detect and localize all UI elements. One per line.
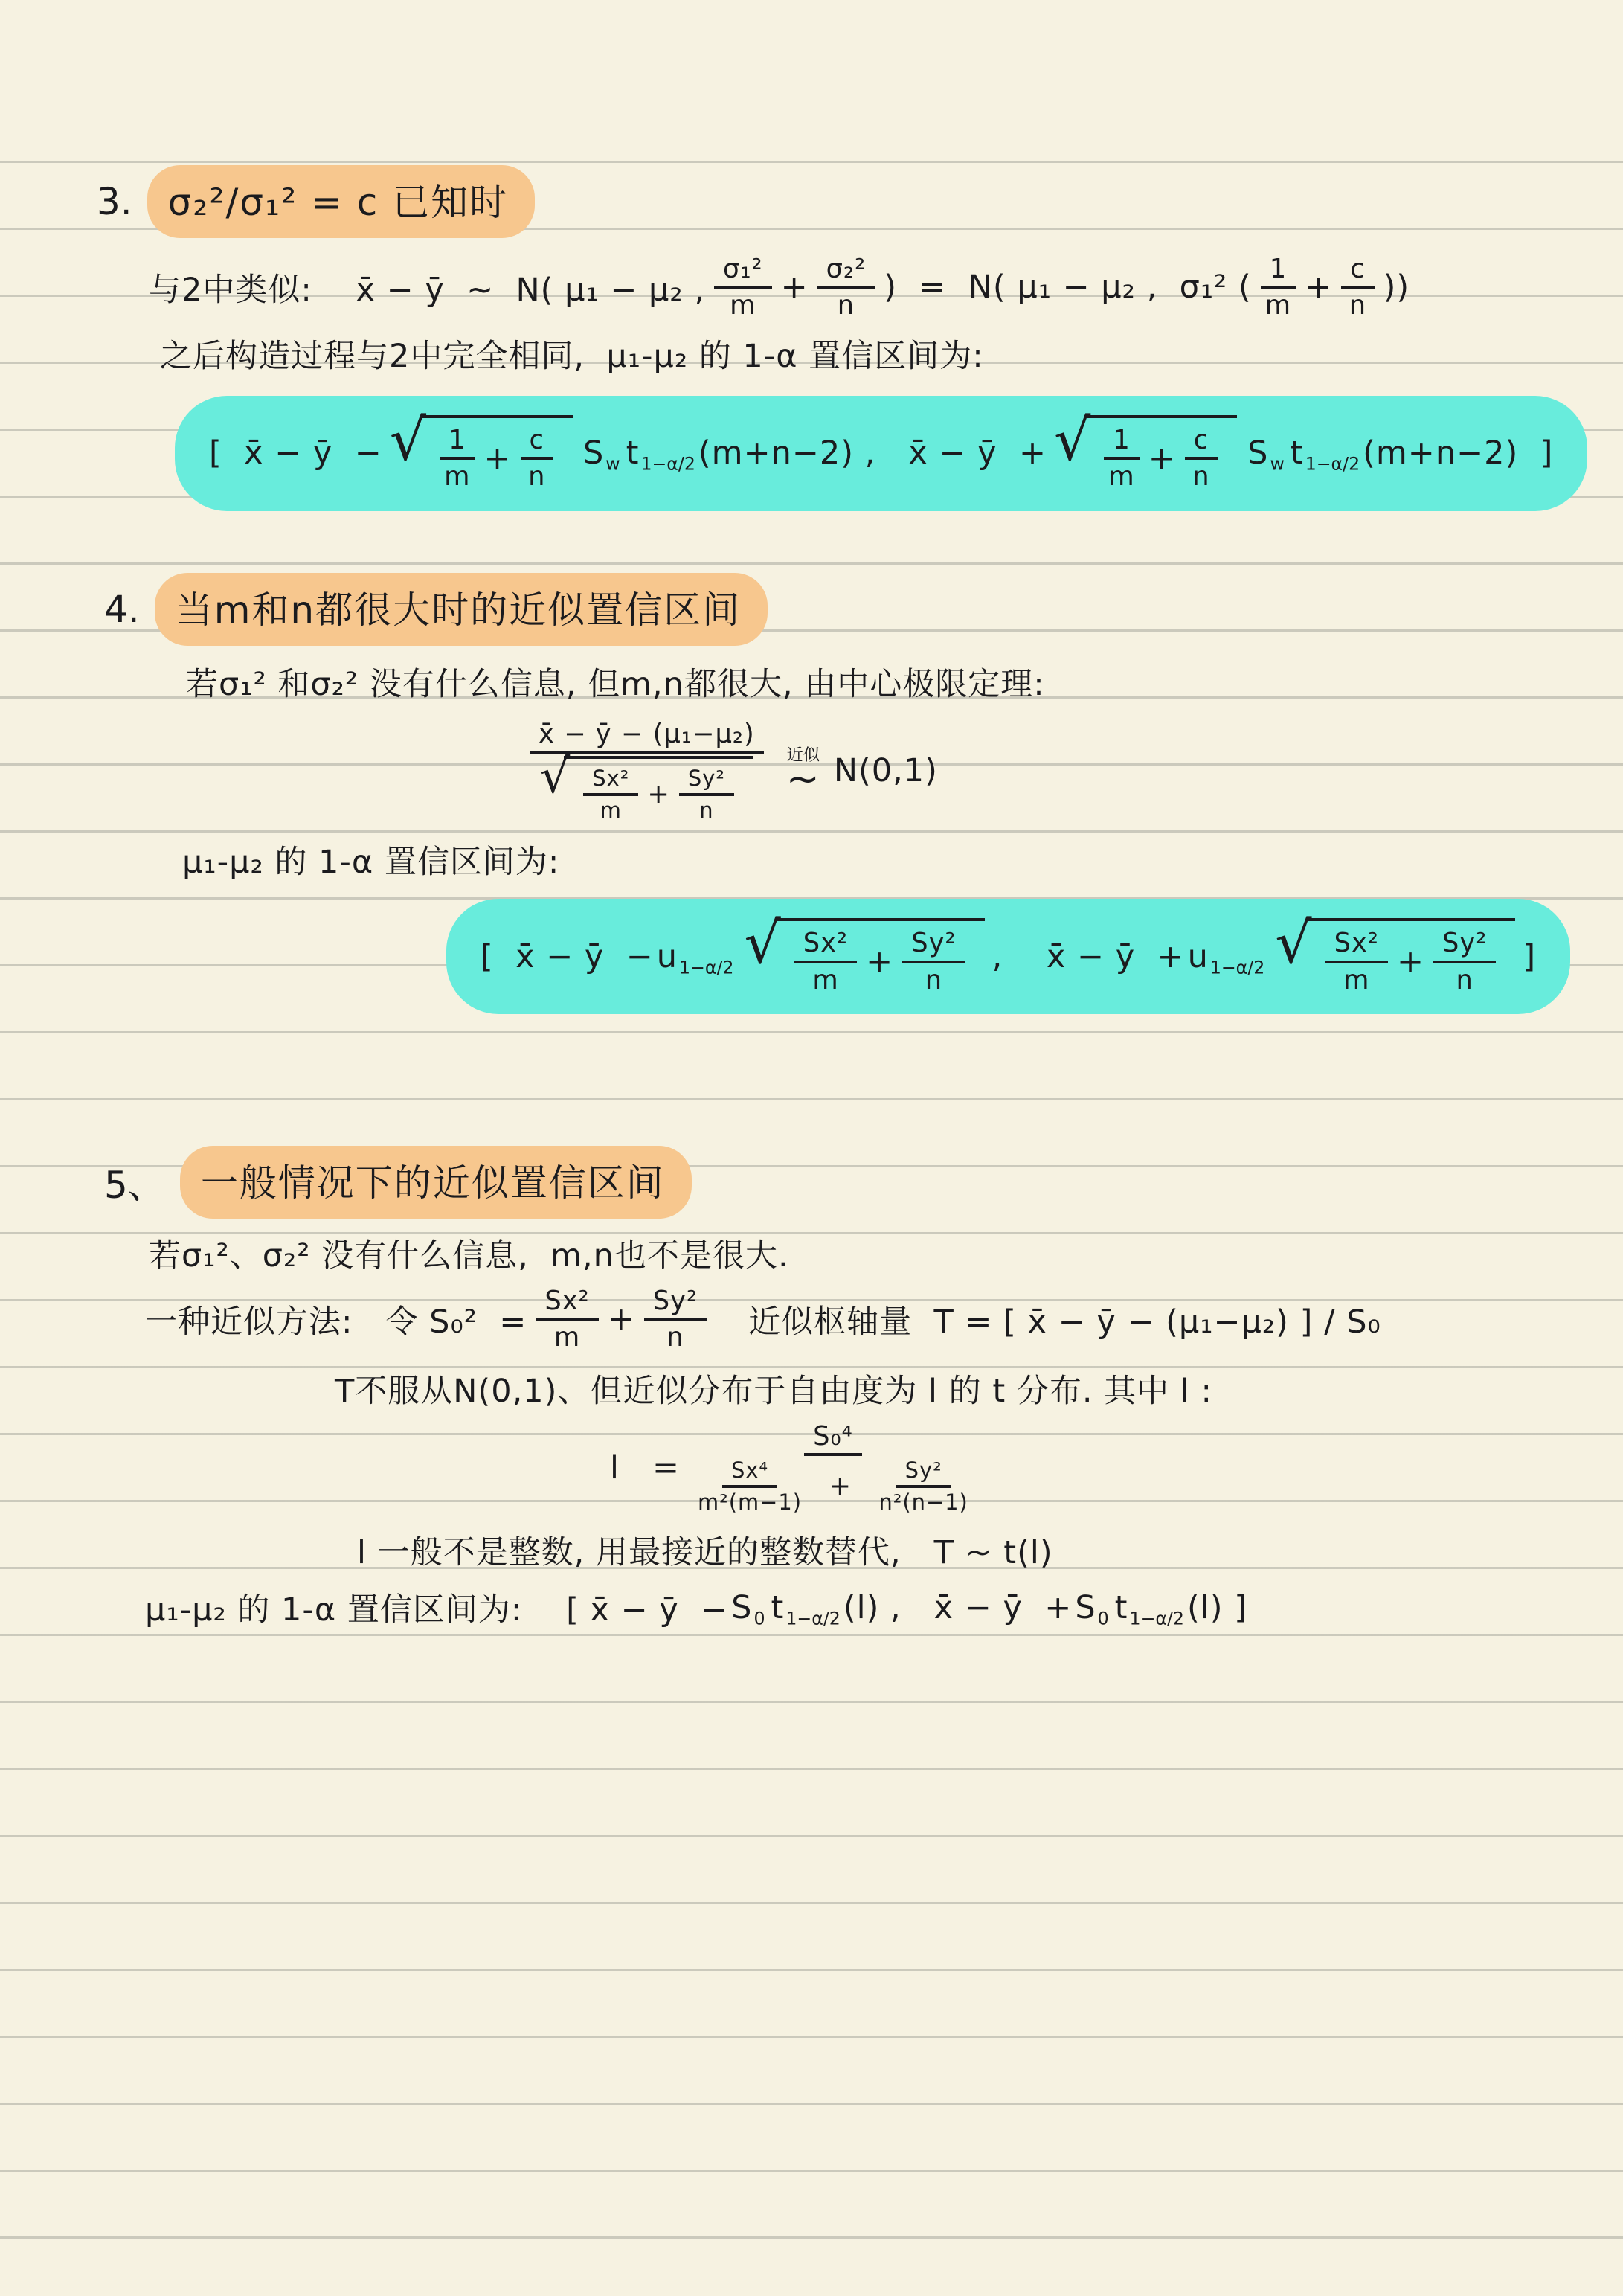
symbol-subscript: 0 bbox=[1098, 1608, 1109, 1629]
fraction-numerator: S₀⁴ bbox=[804, 1422, 862, 1456]
formula-text: + bbox=[781, 269, 809, 306]
fraction-numerator: Sy² bbox=[902, 929, 965, 963]
fraction: Sy²n bbox=[1433, 929, 1496, 995]
formula-text: ) = N( μ₁ − μ₂ , σ₁² ( bbox=[884, 269, 1252, 306]
fraction-numerator: c bbox=[521, 426, 553, 460]
formula-text: + bbox=[484, 440, 512, 477]
fraction-numerator: Sx² bbox=[536, 1286, 598, 1321]
fraction: S₀⁴Sx⁴m²(m−1) + Sy²n²(n−1) bbox=[689, 1422, 977, 1514]
fraction-numerator: Sx² bbox=[1325, 929, 1388, 963]
sqrt-body: 1m+cn bbox=[420, 415, 573, 492]
subscripted-symbol: t1−α/2 bbox=[626, 434, 695, 472]
symbol-base: S bbox=[1075, 1589, 1096, 1626]
fraction: Sx⁴m²(m−1) bbox=[698, 1458, 802, 1514]
fraction-numerator: 1 bbox=[440, 426, 475, 460]
symbol-base: t bbox=[626, 434, 640, 472]
subscripted-symbol: t1−α/2 bbox=[771, 1589, 841, 1626]
symbol-base: t bbox=[1115, 1589, 1128, 1626]
formula-text: + bbox=[811, 1472, 870, 1501]
formula-text: + bbox=[608, 1301, 635, 1338]
fraction-numerator: Sy² bbox=[679, 766, 734, 795]
formula-text: (l) , x̄ − ȳ + bbox=[843, 1589, 1072, 1626]
fraction-numerator: Sx⁴ bbox=[722, 1458, 777, 1487]
formula-text: )) bbox=[1383, 269, 1410, 306]
fraction-numerator: Sy² bbox=[644, 1286, 707, 1321]
fraction: cn bbox=[521, 426, 553, 492]
symbol-base: u bbox=[1188, 938, 1209, 975]
square-root: √Sx²m+Sy²n bbox=[744, 918, 984, 995]
radical-glyph: √ bbox=[1054, 412, 1091, 469]
fraction-denominator: m bbox=[600, 796, 622, 822]
fraction: Sx²m bbox=[583, 766, 638, 822]
note-line: 一种近似方法: 令 S₀² =Sx²m+Sy²n 近似枢轴量 T = [ x̄ … bbox=[145, 1286, 1623, 1353]
symbol-base: S bbox=[731, 1589, 752, 1626]
square-root: √1m+cn bbox=[1054, 415, 1237, 492]
formula-text: + bbox=[1148, 440, 1176, 477]
square-root: √1m+cn bbox=[390, 415, 573, 492]
fraction-denominator: m bbox=[1265, 289, 1291, 320]
note-line: 之后构造过程与2中完全相同, μ₁-μ₂ 的 1-α 置信区间为: bbox=[160, 331, 1623, 376]
radical-glyph: √ bbox=[1275, 915, 1312, 972]
section-number: 4. bbox=[104, 588, 140, 631]
line-text: 之后构造过程与2中完全相同, μ₁-μ₂ 的 1-α 置信区间为: bbox=[160, 338, 984, 375]
subscripted-symbol: u1−α/2 bbox=[657, 938, 734, 975]
formula-text: 与2中类似: x̄ − ȳ ~ N( μ₁ − μ₂ , bbox=[149, 265, 705, 310]
fraction-numerator: 1 bbox=[1261, 254, 1296, 289]
formula-text: (l) ] bbox=[1187, 1589, 1247, 1626]
fraction: 1m bbox=[1261, 254, 1296, 321]
note-line: l =S₀⁴Sx⁴m²(m−1) + Sy²n²(n−1) bbox=[610, 1422, 1623, 1514]
formula-text: [ x̄ − ȳ − bbox=[209, 434, 382, 472]
fraction: cn bbox=[1341, 254, 1374, 321]
line-text: 若σ₁² 和σ₂² 没有什么信息, 但m,n都很大, 由中心极限定理: bbox=[186, 666, 1045, 703]
radical-glyph: √ bbox=[390, 412, 427, 469]
section-3: 3.σ₂²/σ₁² = c 已知时与2中类似: x̄ − ȳ ~ N( μ₁ −… bbox=[0, 165, 1623, 511]
symbol-subscript: 1−α/2 bbox=[1305, 454, 1360, 475]
note-line: 若σ₁² 和σ₂² 没有什么信息, 但m,n都很大, 由中心极限定理: bbox=[186, 659, 1623, 705]
square-root: √Sx²m+Sy²n bbox=[1275, 918, 1515, 995]
notebook-page: { "page": { "background": "#f6f2e1", "ru… bbox=[0, 0, 1623, 2296]
formula-text: 一种近似方法: 令 S₀² = bbox=[145, 1297, 527, 1342]
fraction-numerator: Sy² bbox=[896, 1458, 951, 1487]
sqrt-body: Sx²m+Sy²n bbox=[564, 756, 753, 822]
line-text: μ₁-μ₂ 的 1-α 置信区间为: bbox=[182, 844, 559, 881]
symbol-base: t bbox=[1291, 434, 1304, 472]
symbol-base: t bbox=[771, 1589, 785, 1626]
highlighted-formula: [ x̄ − ȳ −√1m+cnSwt1−α/2(m+n−2) , x̄ − ȳ… bbox=[175, 396, 1587, 511]
fraction-denominator: m bbox=[554, 1321, 580, 1352]
formula-text: (m+n−2) , x̄ − ȳ + bbox=[698, 434, 1047, 472]
formula-text: l = bbox=[610, 1449, 680, 1487]
fraction-denominator: m bbox=[730, 289, 756, 320]
subscripted-symbol: S0 bbox=[1075, 1589, 1108, 1626]
symbol-subscript: 1−α/2 bbox=[1130, 1608, 1184, 1629]
fraction-denominator: n bbox=[1456, 963, 1473, 995]
fraction: σ₂²n bbox=[817, 254, 875, 321]
fraction-numerator: σ₁² bbox=[714, 254, 772, 289]
fraction: Sy²n bbox=[644, 1286, 707, 1353]
fraction-denominator: n²(n−1) bbox=[878, 1488, 968, 1514]
formula-text: [ x̄ − ȳ − bbox=[481, 938, 654, 975]
note-line: μ₁-μ₂ 的 1-α 置信区间为: bbox=[182, 837, 1623, 882]
symbol-subscript: 1−α/2 bbox=[679, 957, 733, 978]
section-5: 5、一般情况下的近似置信区间若σ₁²、σ₂² 没有什么信息, m,n也不是很大.… bbox=[0, 1146, 1623, 1630]
fraction-denominator: n bbox=[838, 289, 855, 320]
sqrt-body: Sx²m+Sy²n bbox=[1306, 918, 1516, 995]
fraction-denominator: m bbox=[1108, 460, 1134, 491]
fraction: 1m bbox=[1104, 426, 1139, 492]
subscripted-symbol: Sw bbox=[1247, 434, 1285, 472]
fraction-denominator: n bbox=[528, 460, 545, 491]
section-header: 5、一般情况下的近似置信区间 bbox=[104, 1146, 1623, 1219]
subscripted-symbol: t1−α/2 bbox=[1115, 1589, 1184, 1626]
line-text: l 一般不是整数, 用最接近的整数替代, T ~ t(l) bbox=[357, 1534, 1053, 1571]
fraction-denominator: m²(m−1) bbox=[698, 1488, 802, 1514]
symbol-base: S bbox=[1247, 434, 1268, 472]
line-text: T不服从N(0,1)、但近似分布于自由度为 l 的 t 分布. 其中 l : bbox=[335, 1373, 1212, 1410]
fraction: 1m bbox=[440, 426, 475, 492]
fraction-numerator: c bbox=[1185, 426, 1218, 460]
section-number: 5、 bbox=[104, 1155, 165, 1209]
fraction-denominator: n bbox=[666, 1321, 684, 1352]
sqrt-body: 1m+cn bbox=[1084, 415, 1237, 492]
fraction-numerator: Sy² bbox=[1433, 929, 1496, 963]
fraction-denominator: n bbox=[1349, 289, 1366, 320]
section-4: 4.当m和n都很大时的近似置信区间若σ₁² 和σ₂² 没有什么信息, 但m,n都… bbox=[0, 573, 1623, 1014]
formula-text: + bbox=[866, 943, 893, 981]
formula-text: μ₁-μ₂ 的 1-α 置信区间为: [ x̄ − ȳ − bbox=[145, 1585, 728, 1630]
symbol-subscript: w bbox=[605, 454, 620, 475]
formula-text: (m+n−2) ] bbox=[1363, 434, 1553, 472]
symbol-base: S bbox=[583, 434, 604, 472]
symbol-subscript: 1−α/2 bbox=[640, 454, 695, 475]
subscripted-symbol: Sw bbox=[583, 434, 620, 472]
fraction: Sy²n bbox=[679, 766, 734, 822]
note-line: 若σ₁²、σ₂² 没有什么信息, m,n也不是很大. bbox=[149, 1231, 1623, 1276]
formula-text: , x̄ − ȳ + bbox=[992, 938, 1185, 975]
square-root: √Sx²m+Sy²n bbox=[540, 756, 753, 822]
fraction-denominator: n bbox=[1192, 460, 1209, 491]
fraction-denominator: n bbox=[925, 963, 942, 995]
symbol-subscript: 1−α/2 bbox=[785, 1608, 840, 1629]
subscripted-symbol: u1−α/2 bbox=[1188, 938, 1265, 975]
formula-text: + bbox=[1397, 943, 1424, 981]
note-line: [ x̄ − ȳ −u1−α/2√Sx²m+Sy²n, x̄ − ȳ +u1−α… bbox=[446, 899, 1623, 1014]
fraction-numerator: Sx² bbox=[794, 929, 857, 963]
radical-glyph: √ bbox=[744, 915, 781, 972]
approx-distributed-symbol: 近似~ bbox=[786, 747, 820, 794]
note-line: 与2中类似: x̄ − ȳ ~ N( μ₁ − μ₂ ,σ₁²m+σ₂²n) =… bbox=[149, 254, 1623, 321]
section-title: σ₂²/σ₁² = c 已知时 bbox=[147, 165, 535, 238]
fraction-denominator: Sx⁴m²(m−1) + Sy²n²(n−1) bbox=[689, 1456, 977, 1514]
note-line: μ₁-μ₂ 的 1-α 置信区间为: [ x̄ − ȳ −S0t1−α/2(l)… bbox=[145, 1585, 1623, 1630]
section-header: 4.当m和n都很大时的近似置信区间 bbox=[104, 573, 1623, 646]
fraction: Sy²n²(n−1) bbox=[878, 1458, 968, 1514]
sections: 3.σ₂²/σ₁² = c 已知时与2中类似: x̄ − ȳ ~ N( μ₁ −… bbox=[0, 0, 1623, 2296]
note-line: [ x̄ − ȳ −√1m+cnSwt1−α/2(m+n−2) , x̄ − ȳ… bbox=[175, 396, 1623, 511]
symbol-base: u bbox=[657, 938, 678, 975]
subscripted-symbol: t1−α/2 bbox=[1291, 434, 1360, 472]
fraction: x̄ − ȳ − (μ₁−μ₂)√Sx²m+Sy²n bbox=[530, 719, 764, 822]
note-line: T不服从N(0,1)、但近似分布于自由度为 l 的 t 分布. 其中 l : bbox=[335, 1366, 1623, 1411]
fraction-denominator: n bbox=[699, 796, 713, 822]
fraction: σ₁²m bbox=[714, 254, 772, 321]
tilde-symbol: ~ bbox=[786, 763, 820, 795]
fraction-denominator: m bbox=[444, 460, 470, 491]
symbol-subscript: w bbox=[1270, 454, 1284, 475]
fraction-denominator: √Sx²m+Sy²n bbox=[533, 754, 761, 822]
fraction-numerator: Sx² bbox=[583, 766, 638, 795]
fraction: Sx²m bbox=[1325, 929, 1388, 995]
sqrt-body: Sx²m+Sy²n bbox=[775, 918, 985, 995]
radical-glyph: √ bbox=[540, 753, 571, 800]
fraction: Sx²m bbox=[794, 929, 857, 995]
formula-text: N(0,1) bbox=[834, 752, 938, 789]
section-number: 3. bbox=[97, 180, 132, 223]
fraction-denominator: m bbox=[1343, 963, 1369, 995]
fraction: Sx²m bbox=[536, 1286, 598, 1353]
fraction-numerator: 1 bbox=[1104, 426, 1139, 460]
symbol-subscript: 0 bbox=[753, 1608, 765, 1629]
formula-text: + bbox=[647, 780, 670, 809]
section-header: 3.σ₂²/σ₁² = c 已知时 bbox=[97, 165, 1623, 238]
fraction: cn bbox=[1185, 426, 1218, 492]
section-title: 一般情况下的近似置信区间 bbox=[180, 1146, 692, 1219]
formula-text: + bbox=[1305, 269, 1332, 306]
fraction-numerator: c bbox=[1341, 254, 1374, 289]
section-title: 当m和n都很大时的近似置信区间 bbox=[155, 573, 768, 646]
subscripted-symbol: S0 bbox=[731, 1589, 765, 1626]
formula-text: 近似枢轴量 T = [ x̄ − ȳ − (μ₁−μ₂) ] / S₀ bbox=[716, 1297, 1381, 1342]
note-line: x̄ − ȳ − (μ₁−μ₂)√Sx²m+Sy²n近似~N(0,1) bbox=[521, 719, 1623, 822]
line-text: 若σ₁²、σ₂² 没有什么信息, m,n也不是很大. bbox=[149, 1237, 789, 1274]
symbol-subscript: 1−α/2 bbox=[1210, 957, 1264, 978]
fraction-numerator: σ₂² bbox=[817, 254, 875, 289]
note-line: l 一般不是整数, 用最接近的整数替代, T ~ t(l) bbox=[357, 1527, 1623, 1573]
highlighted-formula: [ x̄ − ȳ −u1−α/2√Sx²m+Sy²n, x̄ − ȳ +u1−α… bbox=[446, 899, 1570, 1014]
formula-text: ] bbox=[1523, 938, 1536, 975]
fraction: Sy²n bbox=[902, 929, 965, 995]
fraction-denominator: m bbox=[812, 963, 838, 995]
